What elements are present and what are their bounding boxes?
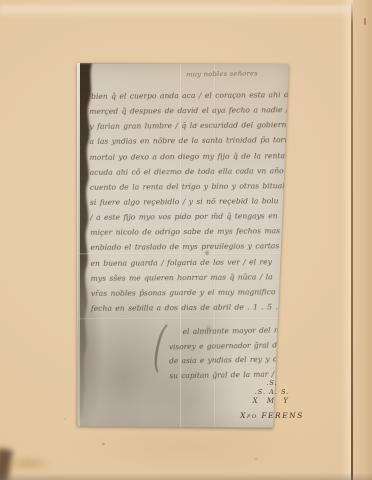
letter-body: bien q̃ el cuerpo anda aca / el coraçon … [89,87,296,316]
signature-cipher: .S..S. A. S.X M Y [236,379,308,407]
paper-speck [64,418,66,420]
handwritten-line: mys ss̃es me quieren honrrar mas q̃ nũca… [91,269,296,286]
signature-block: .S..S. A. S.X M Y Xpo FERENS [236,379,308,420]
page-bottom-shadow [0,473,372,480]
handwritten-line: fecha en sebilla a dos dias de abril de … [91,299,296,316]
letter-salutation: muy nobles señores [186,69,258,78]
photo-left-margin [77,63,80,428]
signature-cipher-line: .S. A. S. [236,388,308,397]
handwritten-line: enbiado el traslado de mys preuilegios y… [90,239,295,256]
closing-line: el almirante mayor del mar oç [183,323,325,340]
manuscript-photograph: muy nobles señores bien q̃ el cuerpo and… [77,63,290,428]
signature-name: Xpo FERENS [236,411,308,420]
handwritten-line: merçed q̃ despues de david el aya fecho … [89,102,294,119]
closing-line: de asia e yndias del rey y de la reyna [169,352,325,369]
handwritten-line: si fuere algo reçebidlo / y si nõ reçebi… [90,193,295,210]
handwritten-line: vr̃as nobles p̃sonas guarde y el muy mag… [91,284,296,301]
signature-cipher-line: .S. [236,379,308,388]
letter-closing: el almirante mayor del mar oçvisorey e g… [169,323,326,384]
page-edge-line-inner [362,0,363,480]
paper-speck [102,443,105,445]
handwritten-line: mortal yo dexo a don diego my fijo q̃ de… [90,148,295,165]
handwritten-line: miçer nicolo de odrigo sabe de mys fecho… [90,223,295,240]
edge-mark [364,18,366,25]
handwritten-line: acuda ahi cõ el diezmo de toda ella cada… [90,163,295,180]
handwritten-line: / a este fijo myo vos pido por m̃d q̃ te… [90,208,295,225]
handwritten-line: y farian gran lumbre / q̃ la escuridad d… [89,117,294,134]
signature-cipher-line: X M Y [236,397,308,407]
book-page: muy nobles señores bien q̃ el cuerpo and… [0,0,372,480]
handwritten-line: en buena guarda / folgaria de los ver / … [90,254,295,271]
closing-flourish: ( [151,319,167,374]
photo-plate: muy nobles señores bien q̃ el cuerpo and… [77,63,290,428]
handwritten-line: a las yndias en nõbre de la santa trinid… [89,133,294,150]
page-top-highlight [0,6,350,18]
handwritten-line: cuento de la renta del trigo y bino y ot… [90,178,295,195]
closing-line: visorey e gouernador g̃ral de las yslas … [169,337,325,354]
handwritten-line: bien q̃ el cuerpo anda aca / el coraçon … [89,87,294,104]
bottom-left-stain [6,455,52,472]
fold-crease-horizontal [77,318,290,320]
page-edge-line [351,0,353,480]
paper-speck [255,458,257,460]
